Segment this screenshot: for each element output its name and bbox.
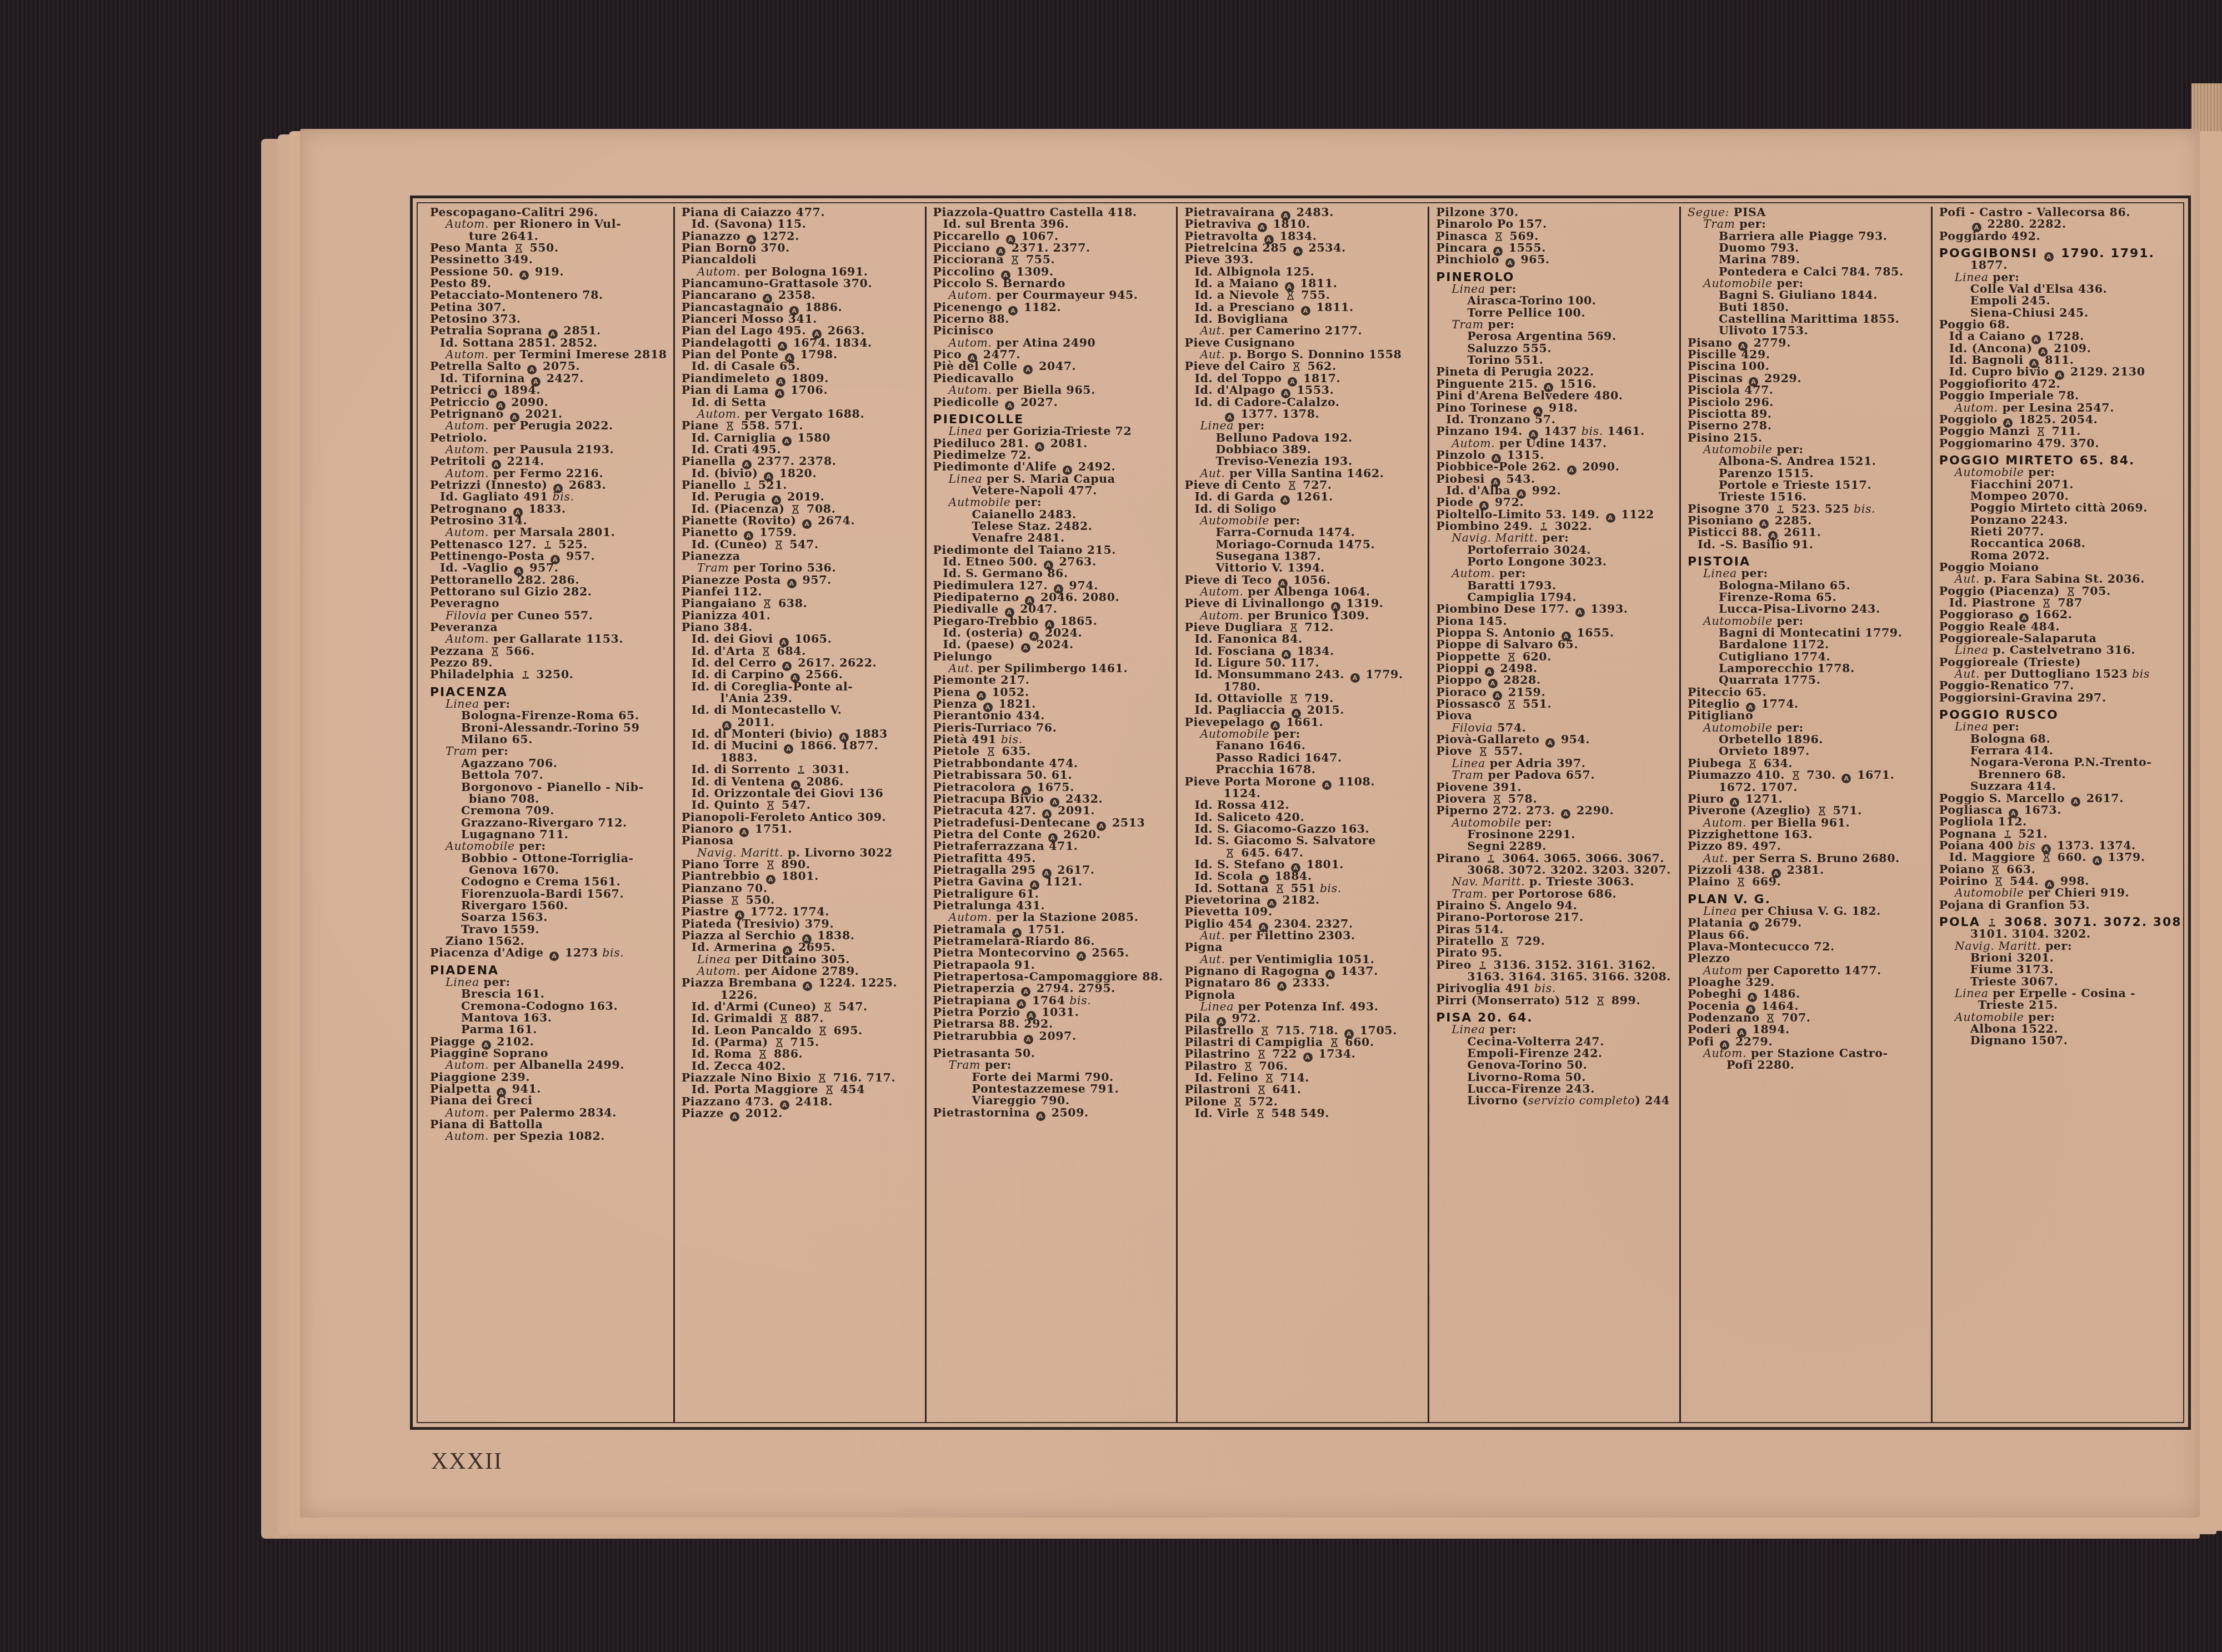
index-entry: Pieve di Cento 727. <box>1184 479 1424 491</box>
tram-bell-icon <box>1287 480 1297 490</box>
index-entry: Piancaldoli <box>682 254 922 266</box>
destination-line: Rivergaro 1560. <box>430 900 670 912</box>
index-entry: Pietradefusi-Dentecane A 2513 <box>933 817 1173 829</box>
destination-line: Segni 2289. <box>1436 840 1676 852</box>
index-subentry: Id. Bagnoli A 811. <box>1939 354 2181 366</box>
destination-line: Trieste 3067. <box>1939 976 2181 988</box>
destination-line: Saluzzo 555. <box>1436 343 1676 354</box>
index-entry: Pietracuta 427. A 2091. <box>933 805 1173 817</box>
destination-line: Travo 1559. <box>430 924 670 935</box>
index-entry: Pietra Montecorvino A 2565. <box>933 947 1173 959</box>
italic-label: Tram <box>1452 768 1484 782</box>
destination-line: Treviso-Venezia 193. <box>1184 455 1424 467</box>
index-entry: Petosino 373. <box>430 313 670 325</box>
index-subentry: Id. Zecca 402. <box>682 1060 922 1072</box>
continuation-line: Pofi 2280. <box>1688 1059 1928 1071</box>
tram-bell-icon <box>1595 996 1605 1006</box>
index-subentry: Id. Maggiore 660. A 1379. <box>1939 852 2181 863</box>
index-entry: Pesto 89. <box>430 278 670 289</box>
automobile-stop-icon: A <box>2093 856 2102 865</box>
destination-line: Parenzo 1515. <box>1688 468 1928 479</box>
index-subentry: Id. del Toppo A 1817. <box>1184 373 1424 384</box>
destination-line: A 2280. 2282. <box>1939 218 2181 230</box>
index-subentry: Id. (Parma) 715. <box>682 1037 922 1048</box>
destination-line: Rieti 2077. <box>1939 526 2181 538</box>
index-entry: Piscille 429. <box>1688 349 1928 361</box>
index-subentry: Id. Armerina A 2695. <box>682 942 922 953</box>
tram-bell-icon <box>779 1014 789 1024</box>
service-line: Filovia per Cuneo 557. <box>430 610 670 622</box>
index-column-7: Pofi - Castro - Vallecorsa 86.A 2280. 22… <box>1933 207 2184 1423</box>
destination-line: Baratti 1793. <box>1436 580 1676 592</box>
index-entry: Poirino 544. A 998. <box>1939 875 2181 887</box>
service-line: Autom. per Vergato 1688. <box>682 408 922 420</box>
index-entry: Pilone 572. <box>1184 1096 1424 1108</box>
index-entry: Poggio Manzi 711. <box>1939 425 2181 437</box>
index-entry: Pinasca 569. <box>1436 231 1676 242</box>
index-entry: Pirato 95. <box>1436 947 1676 959</box>
tram-bell-icon <box>725 421 735 431</box>
index-entry: Piobbice-Pole 262. A 2090. <box>1436 461 1676 473</box>
index-subentry: Id. d'Armi (Cuneo) 547. <box>682 1001 922 1013</box>
italic-label: bis. <box>1534 982 1556 995</box>
destination-line: Cremona 709. <box>430 805 670 817</box>
service-line: Autom. per Gallarate 1153. <box>430 633 670 645</box>
automobile-stop-icon: A <box>1749 922 1759 931</box>
index-entry: Pezzo 89. <box>430 657 670 669</box>
destination-line: Bobbio - Ottone-Torriglia- <box>430 853 670 864</box>
index-entry: Poggioraso A 1662. <box>1939 609 2181 620</box>
index-entry: Pianezze Posta A 957. <box>682 574 922 586</box>
service-line: Autom. per Rionero in Vul- <box>430 218 670 230</box>
destination-line: Broni-Alessandr.-Torino 59 <box>430 722 670 734</box>
service-line: Automobile per: <box>1939 1012 2181 1023</box>
index-subentry: Id a Caiano A 1728. <box>1939 331 2181 342</box>
index-entry: Petritoli A 2214. <box>430 455 670 467</box>
index-entry: Petrella Salto A 2075. <box>430 361 670 372</box>
index-entry: Pizzo 89. 497. <box>1688 840 1928 852</box>
destination-line: Portoferraio 3024. <box>1436 544 1676 556</box>
index-entry: Pieris-Turriaco 76. <box>933 722 1173 734</box>
italic-label: Autmobile <box>949 495 1011 509</box>
index-subentry: Id. di Coreglia-Ponte al- <box>682 681 922 693</box>
section-heading: POGGIO MIRTETO 65. 84. <box>1939 455 2181 467</box>
index-entry: Pioppi A 2498. <box>1436 663 1676 674</box>
destination-line: Genova-Torino 50. <box>1436 1059 1676 1071</box>
service-line: Autom. per Udine 1437. <box>1436 438 1676 449</box>
automobile-stop-icon: A <box>1035 442 1044 452</box>
tram-bell-icon <box>765 800 775 810</box>
index-entry: Piumazzo 410. 730. A 1671. <box>1688 769 1928 781</box>
index-entry: Pessinetto 349. <box>430 254 670 266</box>
service-line: Linea per Chiusa V. G. 182. <box>1688 905 1928 917</box>
index-entry: Plezzo <box>1688 953 1928 964</box>
index-entry: Pieve 393. <box>1184 254 1424 266</box>
index-entry: Poggiolo A 1825. 2054. <box>1939 414 2181 425</box>
italic-label: Linea <box>949 424 983 438</box>
index-entry: Piovà-Gallareto A 954. <box>1436 734 1676 745</box>
index-entry: Piratello 729. <box>1436 935 1676 947</box>
index-entry: Peso Manta 550. <box>430 242 670 254</box>
index-column-3: Piazzola-Quattro Castella 418. Id. sul B… <box>927 207 1178 1423</box>
destination-line: Fiume 3173. <box>1939 964 2181 975</box>
automobile-stop-icon: A <box>782 437 792 446</box>
index-entry: Pianosa <box>682 835 922 847</box>
index-subentry: Id. (paese) A 2024. <box>933 639 1173 650</box>
index-entry: Pigna <box>1184 942 1424 953</box>
index-entry: Pirano 3064. 3065. 3066. 3067. <box>1436 853 1676 864</box>
service-line: Aut. p. Borgo S. Donnino 1558 <box>1184 349 1424 361</box>
section-heading: PISA 20. 64. <box>1436 1012 1676 1024</box>
destination-line: Fanano 1646. <box>1184 740 1424 752</box>
automobile-stop-icon: A <box>1024 1035 1033 1044</box>
index-entry: Pianoro A 1751. <box>682 823 922 835</box>
index-subentry: Id. Grimaldi 887. <box>682 1013 922 1024</box>
tram-bell-icon <box>1736 877 1746 887</box>
service-line: Automobile per: <box>1688 278 1928 289</box>
index-entry: Piazzano 473. A 2418. <box>682 1096 922 1108</box>
section-heading: PIACENZA <box>430 687 670 698</box>
index-entry: Pilastro 706. <box>1184 1060 1424 1072</box>
index-entry: Peveranza <box>430 622 670 633</box>
index-entry: Poggiomarino 479. 370. <box>1939 438 2181 449</box>
service-line: Automobile per: <box>1688 615 1928 627</box>
destination-line: Brescia 161. <box>430 988 670 1000</box>
destination-line: Susegana 1387. <box>1184 550 1424 562</box>
index-entry: Poiana 400 bis A 1373. 1374. <box>1939 840 2181 852</box>
index-entry: Pofi A 2279. <box>1688 1036 1928 1048</box>
index-subentry: Id. -S. Basilio 91. <box>1688 539 1928 550</box>
italic-label: Autom. <box>446 632 489 645</box>
continuation-line: Trieste 215. <box>1939 999 2181 1011</box>
destination-line: Quarrata 1775. <box>1688 674 1928 686</box>
index-entry: Piaggione 239. <box>430 1072 670 1083</box>
destination-line: Cutigliano 1774. <box>1688 651 1928 663</box>
index-entry: Pievetta 109. <box>1184 906 1424 918</box>
destination-line: Barriera alle Piagge 793. <box>1688 231 1928 242</box>
service-line: Ziano 1562. <box>430 935 670 947</box>
index-column-5: Pilzone 370.Pinarolo Po 157.Pinasca 569.… <box>1429 207 1681 1423</box>
tram-bell-icon <box>1817 806 1827 816</box>
index-subentry: Id. Perugia A 2019. <box>682 491 922 503</box>
service-line: Linea per Gorizia-Trieste 72 <box>933 425 1173 437</box>
destination-line: Brioni 3201. <box>1939 952 2181 964</box>
destination-line: Roccantica 2068. <box>1939 538 2181 549</box>
index-entry: Picciorana 755. <box>933 254 1173 266</box>
destination-line: Bagni S. Giuliano 1844. <box>1688 289 1928 301</box>
destination-line: Bettola 707. <box>430 769 670 781</box>
index-entry: Piegaro-Trebbio A 1865. <box>933 615 1173 627</box>
destination-line: Bardalone 1172. <box>1688 639 1928 650</box>
index-entry: Poiano 663. <box>1939 864 2181 875</box>
ship-anchor-icon <box>2003 829 2013 839</box>
index-subentry: Id. di Ventena A 2086. <box>682 776 922 788</box>
service-line: Aut. per Filettino 2303. <box>1184 930 1424 942</box>
destination-line: Torre Pellice 100. <box>1436 307 1676 319</box>
italic-label: Aut. <box>1200 324 1225 337</box>
automobile-stop-icon: A <box>730 1112 739 1122</box>
destination-line: Lamporecchio 1778. <box>1688 663 1928 674</box>
index-entry: Pinguente 215. A 1516. <box>1436 378 1676 390</box>
index-entry: Piedimonte d'Alife A 2492. <box>933 461 1173 473</box>
tram-bell-icon <box>1257 1085 1267 1095</box>
automobile-stop-icon: A <box>1505 258 1515 268</box>
index-entry: Piancamuno-Grattasole 370. <box>682 278 922 289</box>
index-entry: Piedimonte del Taiano 215. <box>933 544 1173 556</box>
index-entry: Ploaghe 329. <box>1688 977 1928 988</box>
index-entry: Pocenia A 1464. <box>1688 1000 1928 1012</box>
automobile-stop-icon: A <box>1293 247 1303 256</box>
index-entry: Piombino 249. 3022. <box>1436 520 1676 532</box>
index-subentry: Id. Albignola 125. <box>1184 266 1424 278</box>
index-subentry: Id. di Sorrento 3031. <box>682 764 922 775</box>
index-subentry: Id. Tifornina A 2427. <box>430 373 670 384</box>
service-line: Autom. per: <box>1436 568 1676 579</box>
index-entry: Pisoniano A 2285. <box>1688 515 1928 527</box>
index-entry: Pietraperzia A 2794. 2795. <box>933 983 1173 994</box>
destination-line: Fiorenzuola-Bardi 1567. <box>430 888 670 900</box>
service-line: Autom per Caporetto 1477. <box>1688 965 1928 977</box>
index-entry: Pianopoli-Feroleto Antico 309. <box>682 812 922 823</box>
index-entry: Pietrarubbia A 2097. <box>933 1030 1173 1042</box>
index-entry: Pobeghi A 1486. <box>1688 988 1928 1000</box>
destination-line: Parma 161. <box>430 1024 670 1035</box>
service-line: Aut. per Ventimiglia 1051. <box>1184 954 1424 965</box>
index-entry: Pila A 972. <box>1184 1013 1424 1024</box>
index-entry: Poggioreale (Trieste) <box>1939 657 2181 668</box>
service-line: Automobile per: <box>1688 722 1928 734</box>
index-entry: Piandelagotti A 1674. 1834. <box>682 337 922 349</box>
index-subentry: Id. S. Stefano A 1801. <box>1184 859 1424 870</box>
index-entry: Pietrasanta 50. <box>933 1048 1173 1059</box>
index-entry: Piglio 454 A 2304. 2327. <box>1184 918 1424 930</box>
index-entry: Piana di Caiazzo 477. <box>682 207 922 218</box>
italic-label: Autom. <box>446 419 489 432</box>
automobile-stop-icon: A <box>549 952 559 961</box>
italic-label: bis. <box>1320 882 1342 895</box>
service-line: Tram per Padova 657. <box>1436 769 1676 781</box>
service-line: Linea per S. Maria Capua <box>933 473 1173 485</box>
destination-line: Bologna-Milano 65. <box>1688 580 1928 592</box>
service-line: Tram per: <box>430 745 670 757</box>
index-entry: Pino Torinese A 918. <box>1436 402 1676 414</box>
index-entry: Pisino 215. <box>1688 432 1928 444</box>
tram-bell-icon <box>1478 747 1488 757</box>
index-entry: Piandimeleto A 1809. <box>682 373 922 384</box>
service-line: Linea per: <box>430 698 670 710</box>
index-entry: Pian Borno 370. <box>682 242 922 254</box>
index-subentry: Id. Saliceto 420. <box>1184 812 1424 823</box>
destination-line: Nogara-Verona P.N.-Trento- <box>1939 757 2181 768</box>
index-entry: Pezzana 566. <box>430 645 670 657</box>
index-entry: Pineta di Perugia 2022. <box>1436 366 1676 378</box>
index-entry: Piè del Colle A 2047. <box>933 361 1173 372</box>
index-entry: Piovene 391. <box>1436 782 1676 793</box>
destination-line: Lucca-Pisa-Livorno 243. <box>1688 603 1928 615</box>
italic-label: Autom. <box>1452 437 1495 450</box>
index-entry: Piacenza d'Adige A 1273 bis. <box>430 947 670 959</box>
index-entry: Pietragalla 295 A 2617. <box>933 864 1173 876</box>
service-line: Autom. per Fermo 2216. <box>430 468 670 479</box>
section-heading: PIEDICOLLE <box>933 414 1173 425</box>
service-line: Autmobile per: <box>933 497 1173 508</box>
service-line: Linea per: <box>1184 420 1424 432</box>
section-heading: POGGIBONSI A 1790. 1791. <box>1939 248 2181 259</box>
index-entry: Pietracolora A 1675. <box>933 782 1173 793</box>
index-entry: Pietralunga 431. <box>933 900 1173 912</box>
index-entry: Pignataro 86 A 2333. <box>1184 977 1424 989</box>
continuation-line: Venafre 2481. <box>933 532 1173 544</box>
index-column-6: Segue: PISATram per:Barriera alle Piagge… <box>1681 207 1933 1423</box>
index-entry: Piazza Brembana A 1224. 1225. <box>682 977 922 989</box>
service-line: Autom. per Albenga 1064. <box>1184 586 1424 598</box>
tram-bell-icon <box>761 647 771 657</box>
italic-label: Autom. <box>446 467 489 480</box>
index-entry: Piedipaterno A 2046. 2080. <box>933 592 1173 603</box>
italic-label: Automobile <box>1955 465 2024 479</box>
service-line: Linea per: <box>1939 721 2181 733</box>
index-subentry: Id. Monsummano 243. A 1779. <box>1184 669 1424 680</box>
service-line: Linea per Dittaino 305. <box>682 954 922 965</box>
italic-label: Linea <box>1703 567 1737 580</box>
destination-line: Pontedera e Calci 784. 785. <box>1688 266 1928 278</box>
italic-label: bis. <box>1854 502 1875 515</box>
index-column-4: Pietravairana A 2483.Pietraviva A 1810.P… <box>1178 207 1429 1423</box>
index-entry: Pietracupa Bivio A 2432. <box>933 793 1173 805</box>
index-entry: Pietrarsa 88. 292. <box>933 1018 1173 1030</box>
index-entry: Piancarano A 2358. <box>682 289 922 301</box>
index-entry: Piove 557. <box>1436 745 1676 757</box>
tram-bell-icon <box>2041 853 2051 863</box>
index-entry: Piemonte 217. <box>933 674 1173 686</box>
tram-bell-icon <box>1507 652 1517 662</box>
index-entry: Pioppette 620. <box>1436 651 1676 663</box>
continuation-line: 1780. <box>1184 681 1424 693</box>
index-entry: Piano 384. <box>682 622 922 633</box>
continuation-line: biano 708. <box>430 793 670 805</box>
destination-line: Ulivoto 1753. <box>1688 325 1928 337</box>
index-subentry: Id. -Vaglio A 957. <box>430 562 670 574</box>
index-entry: Pilastrello 715. 718. A 1705. <box>1184 1025 1424 1037</box>
service-line: Nav. Maritt. p. Trieste 3063. <box>1436 876 1676 888</box>
ship-anchor-icon <box>1987 918 1997 928</box>
index-entry: Piazzola-Quattro Castella 418. <box>933 207 1173 218</box>
tram-bell-icon <box>758 1049 768 1059</box>
index-entry: Pietrabbondante 474. <box>933 758 1173 769</box>
section-heading: PISTOIA <box>1688 556 1928 568</box>
destination-line: Marina 789. <box>1688 254 1928 266</box>
index-entry: Pioppe di Salvaro 65. <box>1436 639 1676 650</box>
destination-line: Bagni di Montecatini 1779. <box>1688 627 1928 639</box>
italic-label: Tram. <box>1452 887 1488 900</box>
index-entry: Piazze A 2012. <box>682 1108 922 1119</box>
service-line: Autom. per Aidone 2789. <box>682 965 922 977</box>
service-line: Tram. per Portorose 686. <box>1436 888 1676 900</box>
service-line: Tram per: <box>1688 218 1928 230</box>
continuation-line: A 1377. 1378. <box>1184 408 1424 420</box>
index-subentry: Id. Virle 548 549. <box>1184 1108 1424 1119</box>
italic-label: Linea <box>1452 1023 1485 1036</box>
automobile-stop-icon: A <box>1301 306 1310 316</box>
index-entry: Picerno 88. <box>933 313 1173 325</box>
section-heading: POLA 3068. 3071. 3072. 3081. <box>1939 917 2181 928</box>
tram-bell-icon <box>1765 1013 1775 1023</box>
index-subentry: Id. sul Brenta 396. <box>933 218 1173 230</box>
index-entry: Piateda (Tresivio) 379. <box>682 918 922 930</box>
destination-line: Mompeo 2070. <box>1939 490 2181 502</box>
italic-label: Autom. <box>1452 567 1495 580</box>
service-line: Linea per Potenza Inf. 493. <box>1184 1001 1424 1013</box>
index-entry: Piode A 972. <box>1436 497 1676 508</box>
destination-line: Torino 551. <box>1436 354 1676 366</box>
index-entry: Piteccio 65. <box>1688 687 1928 698</box>
index-entry: Pietramelara-Riardo 86. <box>933 935 1173 947</box>
italic-label: Autom. <box>446 1129 489 1143</box>
ship-anchor-icon <box>521 670 531 680</box>
destination-line: Colle Val d'Elsa 436. <box>1939 283 2181 295</box>
destination-line: Empoli-Firenze 242. <box>1436 1048 1676 1059</box>
continuation-line: Forte dei Marmi 790. <box>933 1072 1173 1083</box>
index-entry: Pietravairana A 2483. <box>1184 207 1424 218</box>
index-entry: Piona 145. <box>1436 615 1676 627</box>
index-entry: Pietramala A 1751. <box>933 924 1173 935</box>
destination-line: Cecina-Volterra 247. <box>1436 1036 1676 1048</box>
tram-bell-icon <box>986 747 996 757</box>
automobile-stop-icon: A <box>1036 1112 1045 1121</box>
index-entry: Piossasco 551. <box>1436 698 1676 710</box>
index-entry: Piperno 272. 273. A 2290. <box>1436 805 1676 817</box>
tram-bell-icon <box>1257 1049 1267 1059</box>
index-entry: Piasse 550. <box>682 894 922 906</box>
index-entry: Piserno 278. <box>1688 420 1928 432</box>
destination-line: Trieste 1516. <box>1688 491 1928 503</box>
index-entry: Philadelphia 3250. <box>430 669 670 680</box>
index-subentry: Id. a Maiano A 1811. <box>1184 278 1424 289</box>
index-subentry: Id. Ottaviolle 719. <box>1184 693 1424 704</box>
service-line: Autom. per Marsala 2801. <box>430 527 670 538</box>
index-entry: Piscina 100. <box>1688 361 1928 372</box>
section-heading: PINEROLO <box>1436 272 1676 283</box>
service-line: Autom. per Albanella 2499. <box>430 1059 670 1071</box>
index-entry: Picinisco <box>933 325 1173 337</box>
destination-line: Farra-Cornuda 1474. <box>1184 527 1424 538</box>
service-line: Linea per: <box>430 977 670 988</box>
index-entry: Pietrapiana A 1764 bis. <box>933 995 1173 1007</box>
index-entry: Pinarolo Po 157. <box>1436 218 1676 230</box>
index-entry: Pietra Gavina A 1121. <box>933 876 1173 888</box>
tram-bell-icon <box>774 540 784 550</box>
index-subentry: Id. di Garda A 1261. <box>1184 491 1424 503</box>
destination-line: Airasca-Torino 100. <box>1436 295 1676 307</box>
index-subentry: Id. di Casale 65. <box>682 361 922 372</box>
index-entry: Piova <box>1436 710 1676 722</box>
index-subentry: Id. dei Giovi A 1065. <box>682 633 922 645</box>
index-subentry: Id. Pagliaccia A 2015. <box>1184 704 1424 716</box>
index-subentry: Id. Roma 886. <box>682 1048 922 1060</box>
index-entry: Pietrafitta 495. <box>933 853 1173 864</box>
index-entry: Pienza A 1821. <box>933 698 1173 710</box>
index-entry: Piovera 578. <box>1436 793 1676 805</box>
destination-line: Suzzara 414. <box>1939 780 2181 792</box>
destination-line: Empoli 245. <box>1939 295 2181 307</box>
index-entry: Pian del Ponte A 1798. <box>682 349 922 361</box>
index-entry: Pettoranello 282. 286. <box>430 574 670 586</box>
index-entry: Pini d'Arena Belvedere 480. <box>1436 390 1676 402</box>
index-entry: Pietrelcina 285 A 2534. <box>1184 242 1424 254</box>
tram-bell-icon <box>1010 255 1020 265</box>
index-subentry: Id. Rossa 412. <box>1184 799 1424 811</box>
destination-line: Cremona-Codogno 163. <box>430 1000 670 1012</box>
